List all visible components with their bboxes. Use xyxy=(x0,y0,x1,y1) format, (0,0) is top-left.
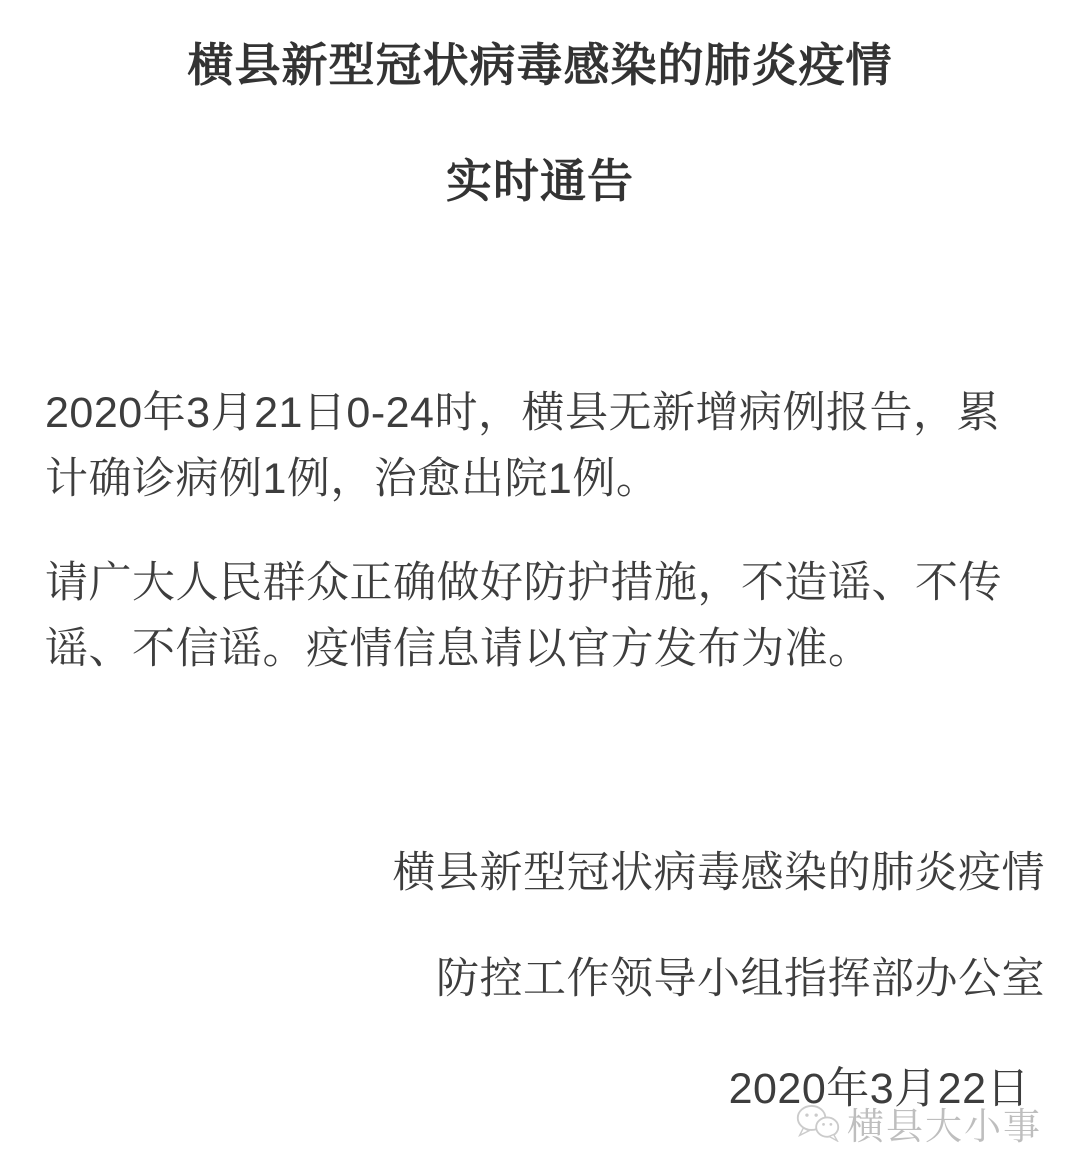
watermark-text: 横县大小事 xyxy=(847,1096,1042,1150)
notice-title-line2: 实时通告 xyxy=(0,150,1080,212)
notice-title-line1: 横县新型冠状病毒感染的肺炎疫情 xyxy=(0,34,1080,96)
wechat-icon xyxy=(795,1104,841,1142)
signature-org-line2: 防控工作领导小组指挥部办公室 xyxy=(45,946,1045,1012)
notice-page: 横县新型冠状病毒感染的肺炎疫情 实时通告 2020年3月21日0-24时，横县无… xyxy=(0,0,1080,1167)
watermark: 横县大小事 xyxy=(795,1096,1042,1150)
notice-paragraph-1: 2020年3月21日0-24时，横县无新增病例报告，累计确诊病例1例，治愈出院1… xyxy=(45,380,1035,512)
notice-paragraph-2: 请广大人民群众正确做好防护措施，不造谣、不传谣、不信谣。疫情信息请以官方发布为准… xyxy=(45,550,1035,682)
signature-org-line1: 横县新型冠状病毒感染的肺炎疫情 xyxy=(45,840,1045,906)
